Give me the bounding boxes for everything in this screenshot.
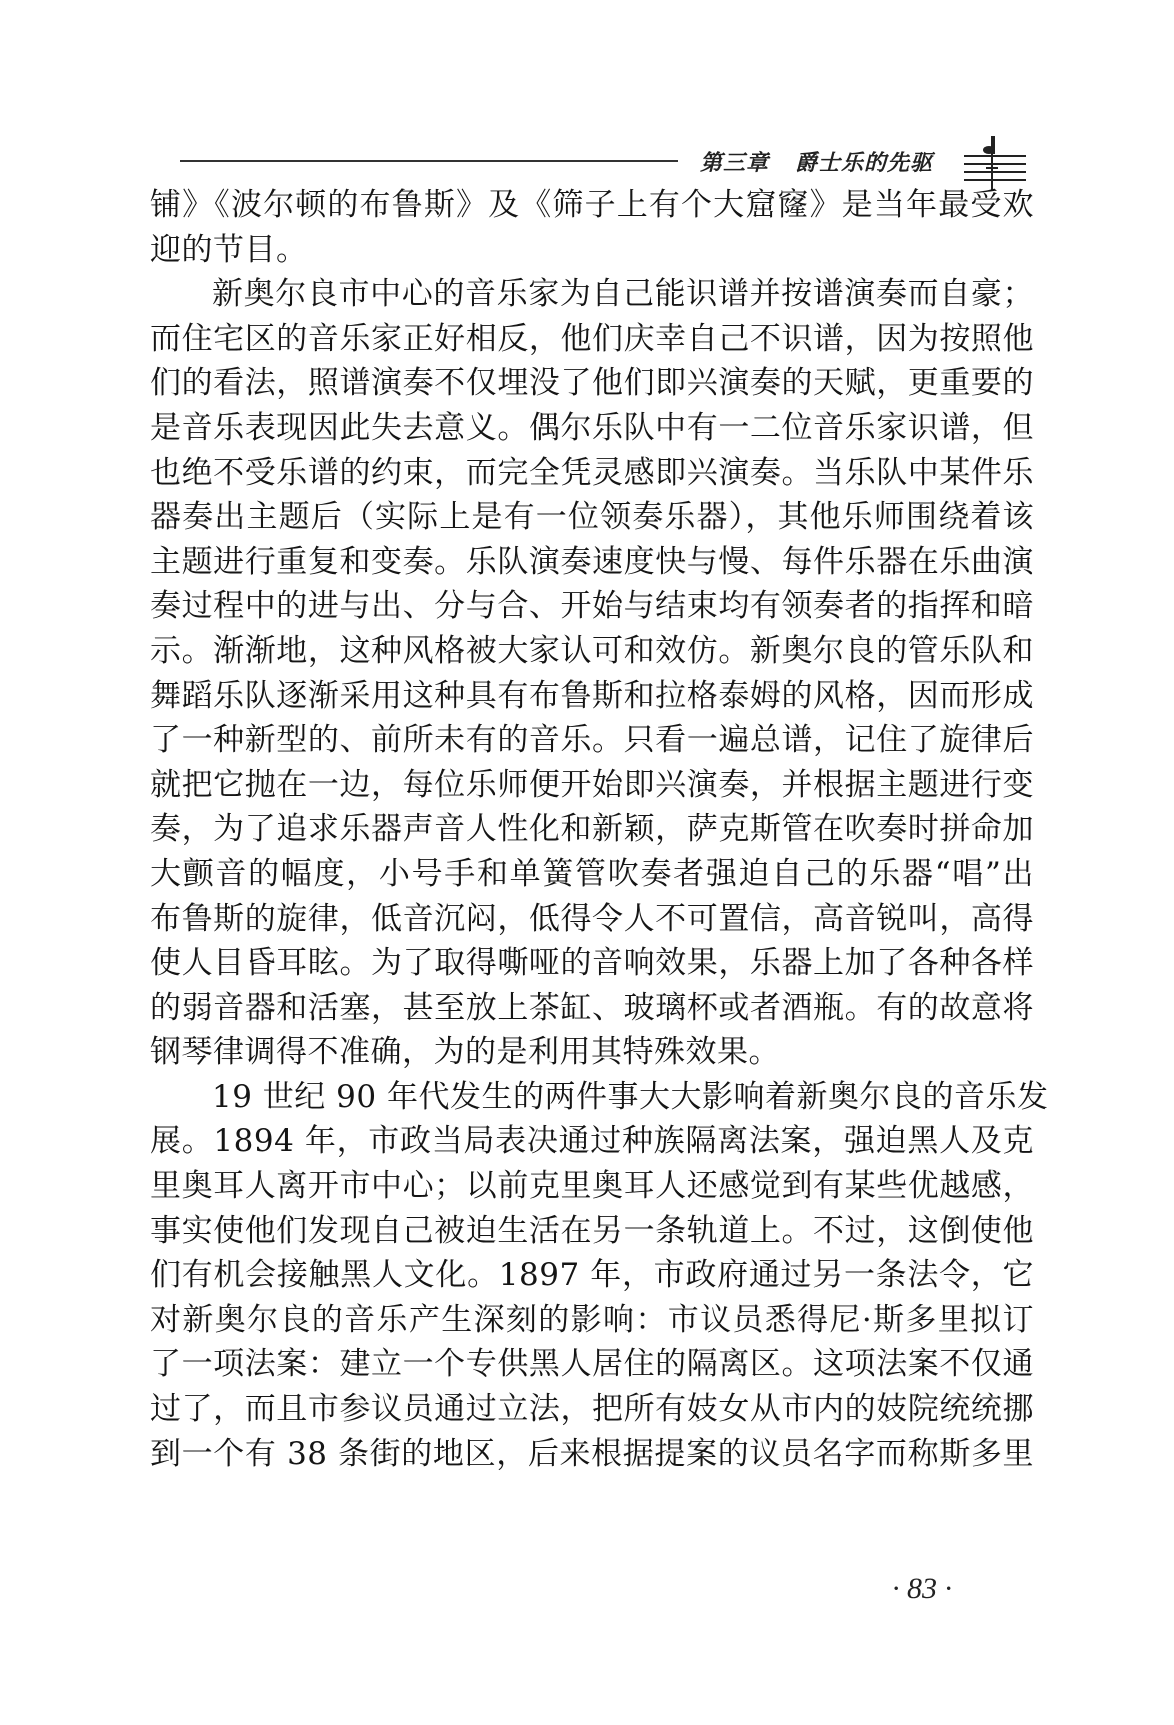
text-line: 奏过程中的进与出、分与合、开始与结束均有领奏者的指挥和暗 bbox=[150, 584, 1034, 629]
text-line: 19 世纪 90 年代发生的两件事大大影响着新奥尔良的音乐发 bbox=[150, 1075, 1034, 1120]
text-line: 新奥尔良市中心的音乐家为自己能识谱并按谱演奏而自豪； bbox=[150, 272, 1034, 317]
text-line: 而住宅区的音乐家正好相反，他们庆幸自己不识谱，因为按照他 bbox=[150, 317, 1034, 362]
text-line: 大颤音的幅度，小号手和单簧管吹奏者强迫自己的乐器“唱”出 bbox=[150, 852, 1034, 897]
text-line: 过了，而且市参议员通过立法，把所有妓女从市内的妓院统统挪 bbox=[150, 1387, 1034, 1432]
header-rule bbox=[180, 160, 678, 162]
text-line: 们的看法，照谱演奏不仅埋没了他们即兴演奏的天赋，更重要的 bbox=[150, 361, 1034, 406]
text-line: 就把它抛在一边，每位乐师便开始即兴演奏，并根据主题进行变 bbox=[150, 763, 1034, 808]
body-text: 铺》《波尔顿的布鲁斯》及《筛子上有个大窟窿》是当年最受欢迎的节目。新奥尔良市中心… bbox=[150, 183, 1034, 1476]
text-line: 对新奥尔良的音乐产生深刻的影响：市议员悉得尼·斯多里拟订 bbox=[150, 1298, 1034, 1343]
chapter-label: 第三章 bbox=[700, 146, 769, 177]
text-line: 铺》《波尔顿的布鲁斯》及《筛子上有个大窟窿》是当年最受欢 bbox=[150, 183, 1034, 228]
text-line: 舞蹈乐队逐渐采用这种具有布鲁斯和拉格泰姆的风格，因而形成 bbox=[150, 674, 1034, 719]
text-line: 是音乐表现因此失去意义。偶尔乐队中有一二位音乐家识谱，但 bbox=[150, 406, 1034, 451]
text-line: 了一项法案：建立一个专供黑人居住的隔离区。这项法案不仅通 bbox=[150, 1342, 1034, 1387]
text-line: 钢琴律调得不准确，为的是利用其特殊效果。 bbox=[150, 1030, 1034, 1075]
text-line: 里奥耳人离开市中心；以前克里奥耳人还感觉到有某些优越感， bbox=[150, 1164, 1034, 1209]
text-line: 示。渐渐地，这种风格被大家认可和效仿。新奥尔良的管乐队和 bbox=[150, 629, 1034, 674]
text-line: 布鲁斯的旋律，低音沉闷，低得令人不可置信，高音锐叫，高得 bbox=[150, 897, 1034, 942]
text-line: 使人目昏耳眩。为了取得嘶哑的音响效果，乐器上加了各种各样 bbox=[150, 941, 1034, 986]
text-line: 们有机会接触黑人文化。1897 年，市政府通过另一条法令，它 bbox=[150, 1253, 1034, 1298]
text-line: 器奏出主题后（实际上是有一位领奏乐器），其他乐师围绕着该 bbox=[150, 495, 1034, 540]
text-line: 到一个有 38 条街的地区，后来根据提案的议员名字而称斯多里 bbox=[150, 1432, 1034, 1477]
text-line: 主题进行重复和变奏。乐队演奏速度快与慢、每件乐器在乐曲演 bbox=[150, 540, 1034, 585]
chapter-title: 爵士乐的先驱 bbox=[795, 146, 933, 177]
text-line: 奏，为了追求乐器声音人性化和新颖，萨克斯管在吹奏时拼命加 bbox=[150, 807, 1034, 852]
text-line: 迎的节目。 bbox=[150, 228, 1034, 273]
text-line: 也绝不受乐谱的约束，而完全凭灵感即兴演奏。当乐队中某件乐 bbox=[150, 451, 1034, 496]
page-number: · 83 · bbox=[892, 1572, 952, 1606]
text-line: 事实使他们发现自己被迫生活在另一条轨道上。不过，这倒使他 bbox=[150, 1209, 1034, 1254]
text-line: 了一种新型的、前所未有的音乐。只看一遍总谱，记住了旋律后 bbox=[150, 718, 1034, 763]
text-line: 的弱音器和活塞，甚至放上茶缸、玻璃杯或者酒瓶。有的故意将 bbox=[150, 986, 1034, 1031]
text-line: 展。1894 年，市政当局表决通过种族隔离法案，强迫黑人及克 bbox=[150, 1119, 1034, 1164]
